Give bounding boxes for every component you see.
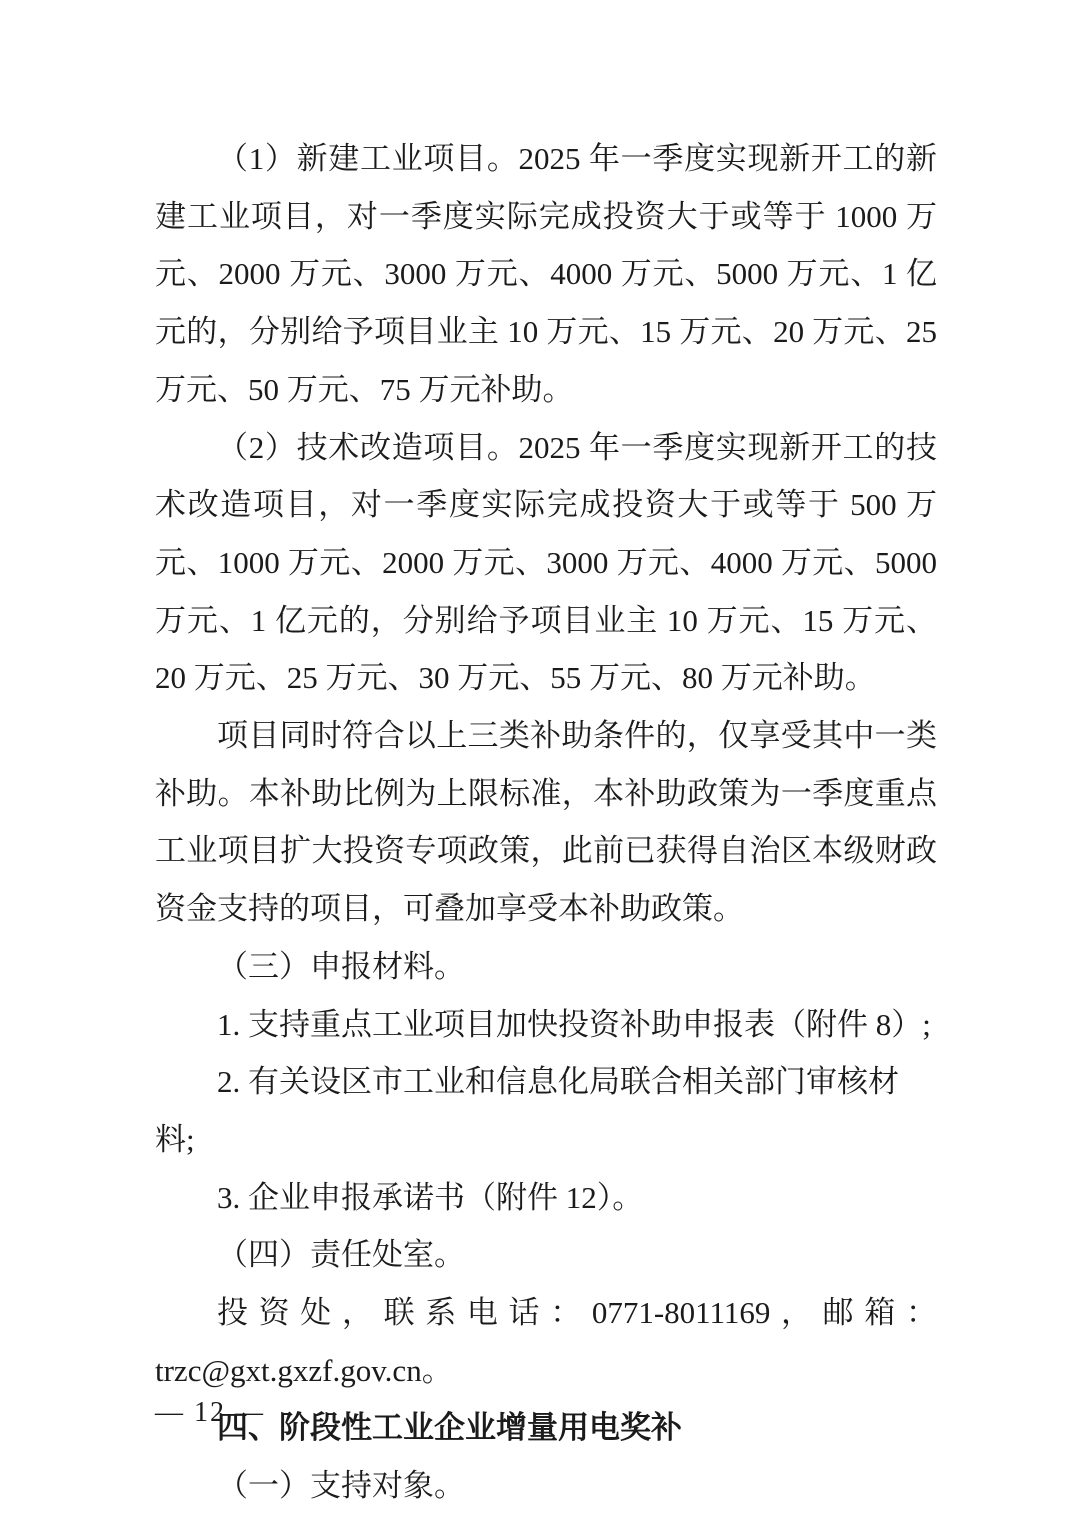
document-content: （1）新建工业项目。2025 年一季度实现新开工的新建工业项目，对一季度实际完成…: [155, 130, 937, 1515]
list-item-review-materials: 2. 有关设区市工业和信息化局联合相关部门审核材料;: [155, 1053, 937, 1168]
paragraph-technical-upgrade-subsidy: （2）技术改造项目。2025 年一季度实现新开工的技术改造项目，对一季度实际完成…: [155, 419, 937, 708]
document-page: （1）新建工业项目。2025 年一季度实现新开工的新建工业项目，对一季度实际完成…: [0, 0, 1074, 1520]
page-number: — 12 —: [155, 1396, 265, 1430]
heading-support-targets: （一）支持对象。: [155, 1457, 937, 1515]
paragraph-contact-info: 投资处，联系电话：0771-8011169，邮箱：trzc@gxt.gxzf.g…: [155, 1284, 937, 1399]
paragraph-subsidy-overlap-rules: 项目同时符合以上三类补助条件的，仅享受其中一类补助。本补助比例为上限标准，本补助…: [155, 707, 937, 938]
paragraph-new-construction-subsidy: （1）新建工业项目。2025 年一季度实现新开工的新建工业项目，对一季度实际完成…: [155, 130, 937, 419]
heading-responsible-office: （四）责任处室。: [155, 1226, 937, 1284]
list-item-application-form: 1. 支持重点工业项目加快投资补助申报表（附件 8）;: [155, 996, 937, 1054]
heading-application-materials: （三）申报材料。: [155, 938, 937, 996]
heading-section-four-power-incentive: 四、阶段性工业企业增量用电奖补: [155, 1399, 937, 1457]
list-item-commitment-letter: 3. 企业申报承诺书（附件 12）。: [155, 1169, 937, 1227]
